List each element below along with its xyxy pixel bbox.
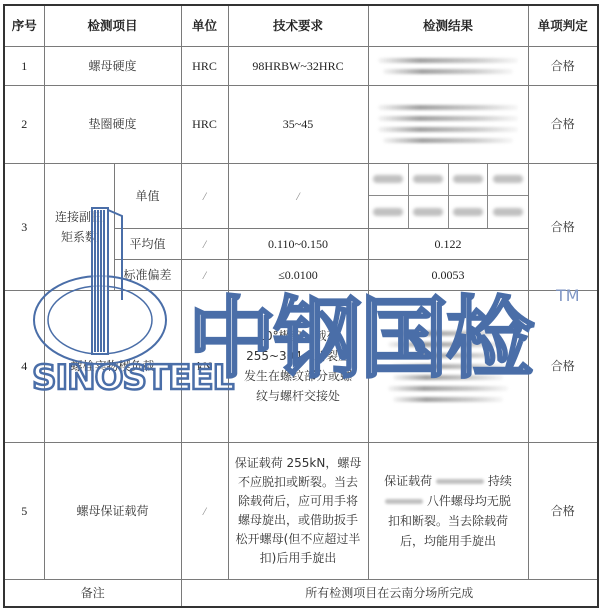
row-result-redacted [368, 85, 528, 163]
row-no: 2 [4, 85, 44, 163]
sub-item-unit: / [181, 163, 228, 228]
row-result-redacted [368, 46, 528, 85]
row-requirement: 98HRBW~32HRC [228, 46, 368, 85]
sub-item-unit: / [181, 259, 228, 290]
row-verdict: 合格 [528, 85, 598, 163]
row-unit: HRC [181, 46, 228, 85]
row-verdict: 合格 [528, 163, 598, 290]
redacted-value [436, 479, 484, 484]
row-result: 保证载荷 持续 八件螺母均无脱扣和断裂。当去除载荷后，均能用手旋出 [368, 442, 528, 579]
redacted-value [385, 499, 423, 504]
row-unit: / [181, 442, 228, 579]
result-text-1: 保证载荷 [384, 474, 432, 488]
result-text-2: 持续 [488, 474, 512, 488]
row-unit: HRC [181, 85, 228, 163]
row-no: 3 [4, 163, 44, 290]
row-item: 螺栓实物楔负载 [44, 290, 181, 442]
row-no: 5 [4, 442, 44, 579]
sub-item-result: 0.0053 [368, 259, 528, 290]
sub-item-requirement: / [228, 163, 368, 228]
sub-item-result-grid-redacted [368, 163, 528, 228]
table-row: 4 螺栓实物楔负载 kN 10°楔垫，载荷255~304，断裂应发生在螺纹部分或… [4, 290, 598, 442]
row-requirement: 保证载荷 255kN，螺母不应脱扣或断裂。当去除载荷后，应可用手将螺母旋出，或借… [228, 442, 368, 579]
header-result: 检测结果 [368, 5, 528, 46]
remarks-label: 备注 [4, 579, 181, 607]
row-no: 4 [4, 290, 44, 442]
row-verdict: 合格 [528, 46, 598, 85]
single-values-grid [369, 164, 528, 228]
sub-item-unit: / [181, 228, 228, 259]
table-row: 5 螺母保证载荷 / 保证载荷 255kN，螺母不应脱扣或断裂。当去除载荷后，应… [4, 442, 598, 579]
inspection-report-table: 序号 检测项目 单位 技术要求 检测结果 单项判定 1 螺母硬度 HRC 98H… [3, 4, 599, 608]
sub-item-result: 0.122 [368, 228, 528, 259]
table-row: 3 连接副扭矩系数 单值 / / 合格 [4, 163, 598, 228]
row-item: 螺母硬度 [44, 46, 181, 85]
row-unit: kN [181, 290, 228, 442]
header-verdict: 单项判定 [528, 5, 598, 46]
sub-item-requirement: ≤0.0100 [228, 259, 368, 290]
sub-item-name: 单值 [114, 163, 181, 228]
row-item: 螺母保证载荷 [44, 442, 181, 579]
header-row: 序号 检测项目 单位 技术要求 检测结果 单项判定 [4, 5, 598, 46]
row-requirement: 10°楔垫，载荷255~304，断裂应发生在螺纹部分或螺纹与螺杆交接处 [228, 290, 368, 442]
row-item: 垫圈硬度 [44, 85, 181, 163]
header-no: 序号 [4, 5, 44, 46]
sub-item-requirement: 0.110~0.150 [228, 228, 368, 259]
remarks-row: 备注 所有检测项目在云南分场所完成 [4, 579, 598, 607]
header-item: 检测项目 [44, 5, 181, 46]
row-verdict: 合格 [528, 442, 598, 579]
row-requirement: 35~45 [228, 85, 368, 163]
sub-item-name: 标准偏差 [114, 259, 181, 290]
remarks-value: 所有检测项目在云南分场所完成 [181, 579, 598, 607]
row-item: 连接副扭矩系数 [44, 163, 114, 290]
row-result-redacted [368, 290, 528, 442]
row-verdict: 合格 [528, 290, 598, 442]
header-unit: 单位 [181, 5, 228, 46]
header-requirement: 技术要求 [228, 5, 368, 46]
sub-item-name: 平均值 [114, 228, 181, 259]
table-row: 1 螺母硬度 HRC 98HRBW~32HRC 合格 [4, 46, 598, 85]
row-no: 1 [4, 46, 44, 85]
table-row: 2 垫圈硬度 HRC 35~45 合格 [4, 85, 598, 163]
